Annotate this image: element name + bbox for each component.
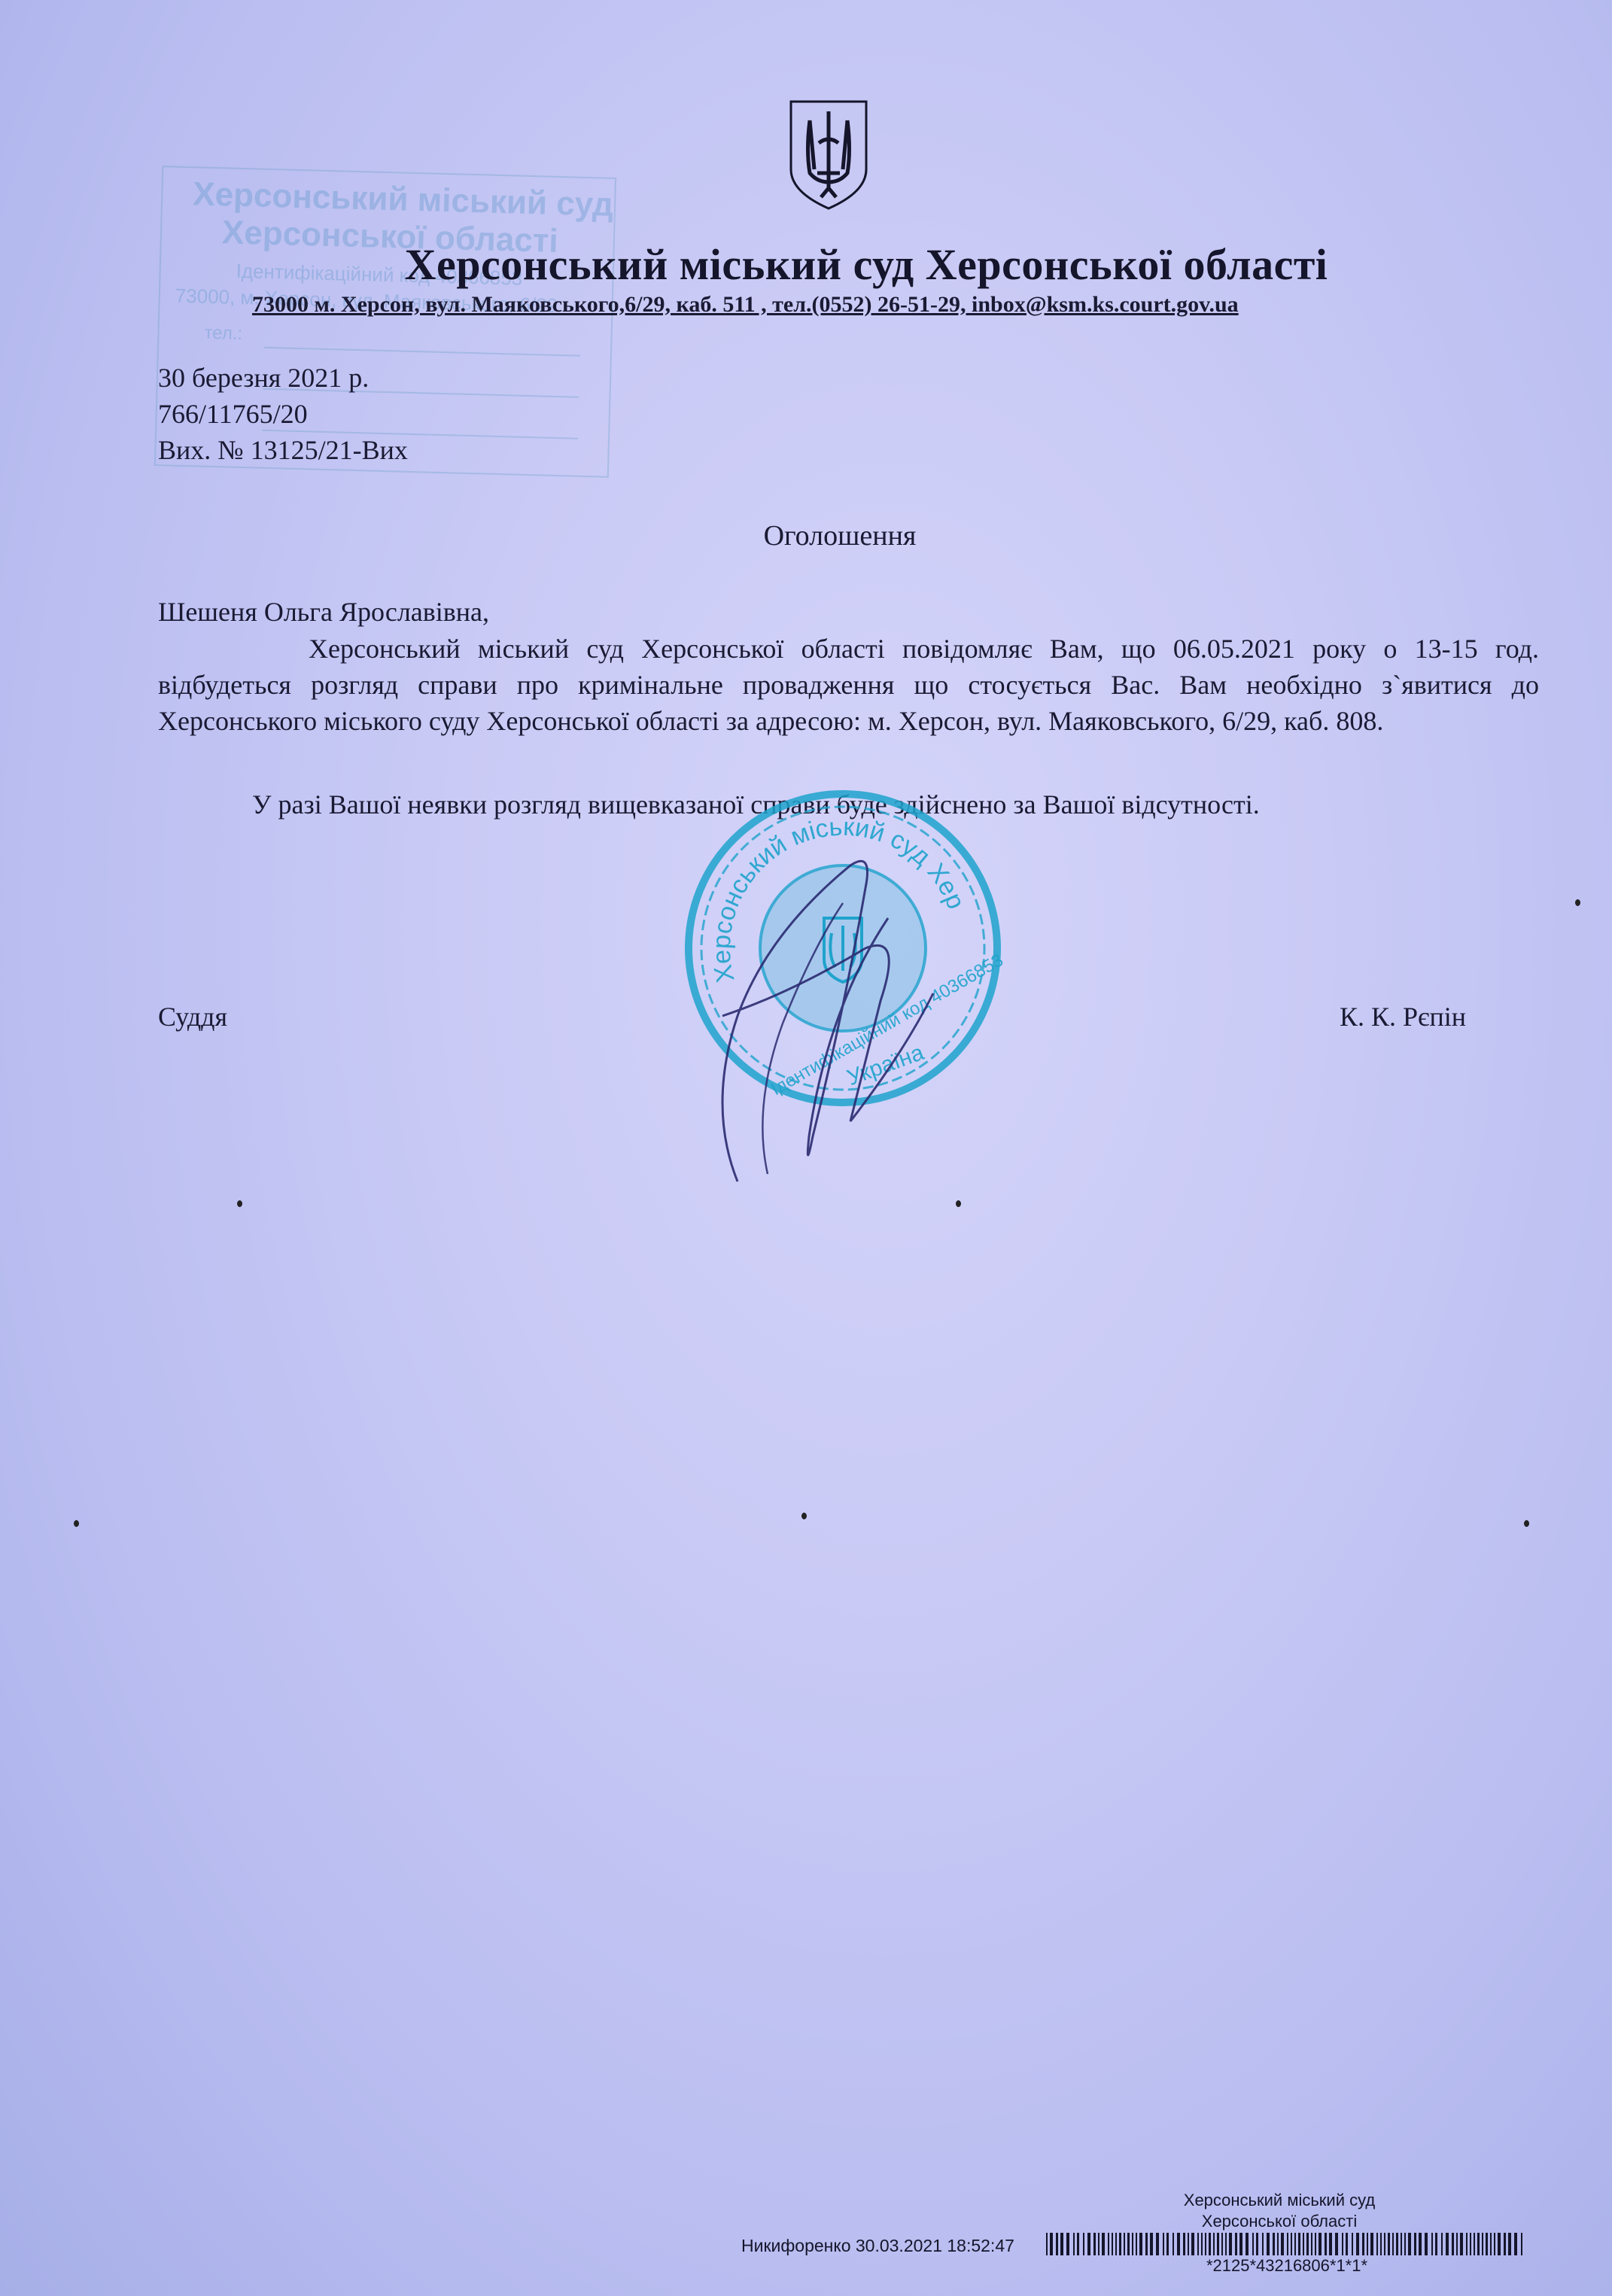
coat-of-arms-icon [787, 98, 870, 211]
page-speck [74, 1520, 79, 1527]
document-title: Оголошення [34, 519, 1612, 552]
court-name-heading: Херсонський міський суд Херсонської обла… [60, 239, 1612, 290]
footer-court-name: Херсонський міський суд Херсонської обла… [1159, 2190, 1400, 2232]
addressee: Шешеня Ольга Ярославівна, [158, 596, 489, 628]
footer-court-line: Херсонської області [1159, 2211, 1400, 2232]
case-number: 766/11765/20 [158, 396, 308, 432]
court-address: 73000 м. Херсон, вул. Маяковського,6/29,… [252, 292, 1239, 318]
page-speck [237, 1200, 242, 1207]
page-speck [1575, 899, 1580, 906]
page-speck [1524, 1520, 1529, 1527]
page-speck [956, 1200, 961, 1207]
outgoing-number: Вих. № 13125/21-Вих [158, 432, 408, 468]
signature [677, 820, 993, 1204]
ghost-stamp-line: тел.: [204, 323, 242, 345]
page-speck [801, 1513, 807, 1519]
signatory-role: Суддя [158, 1001, 227, 1032]
notice-body: Херсонський міський суд Херсонської обла… [158, 631, 1539, 739]
barcode-text: *2125*43216806*1*1* [1174, 2256, 1400, 2276]
barcode [1046, 2233, 1528, 2255]
document-date: 30 березня 2021 р. [158, 360, 369, 396]
notice-paragraph: Херсонський міський суд Херсонської обла… [158, 631, 1539, 739]
registrar-stamp: Никифоренко 30.03.2021 18:52:47 [741, 2236, 1014, 2256]
signatory-name: К. К. Рєпін [1340, 1001, 1466, 1032]
ghost-stamp-rule [264, 347, 580, 357]
footer-court-line: Херсонський міський суд [1159, 2190, 1400, 2211]
